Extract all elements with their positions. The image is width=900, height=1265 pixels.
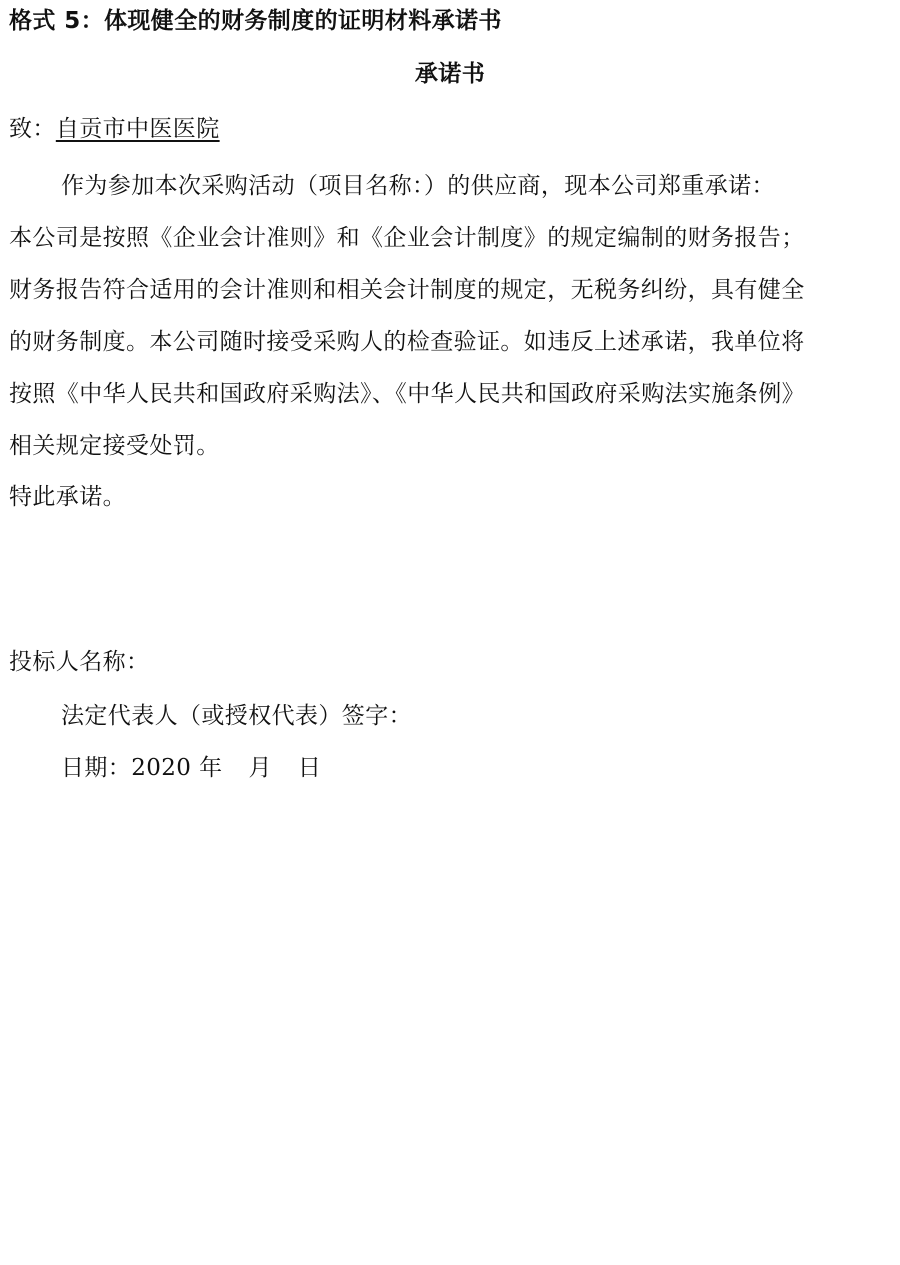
closing-statement: 特此承诺。 — [9, 482, 126, 512]
body-line: 的财务制度。本公司随时接受采购人的检查验证。如违反上述承诺，我单位将 — [9, 327, 805, 357]
addressee-line: 致：自贡市中医医院 — [9, 114, 220, 144]
body-line: 本公司是按照《企业会计准则》和《企业会计制度》的规定编制的财务报告； — [9, 223, 805, 253]
body-line-intro: 作为参加本次采购活动（项目名称：）的供应商，现本公司郑重承诺： — [61, 171, 775, 201]
bidder-name-label: 投标人名称： — [9, 647, 149, 677]
addressee-prefix: 致： — [9, 116, 56, 142]
date-month-unit: 月 — [248, 755, 271, 781]
body-line: 财务报告符合适用的会计准则和相关会计制度的规定，无税务纠纷，具有健全 — [9, 275, 805, 305]
date-year-unit: 年 — [199, 755, 222, 781]
addressee-name: 自贡市中医医院 — [56, 116, 220, 142]
date-label: 日期： — [61, 755, 131, 781]
body-line: 按照《中华人民共和国政府采购法》、《中华人民共和国政府采购法实施条例》 — [9, 379, 805, 409]
date-line: 日期：2020 年月日 — [61, 753, 321, 783]
date-year: 2020 — [131, 755, 191, 781]
body-line: 相关规定接受处罚。 — [9, 431, 220, 461]
document-title: 承诺书 — [0, 59, 900, 89]
representative-signature-label: 法定代表人（或授权代表）签字： — [61, 701, 412, 731]
date-day-unit: 日 — [298, 755, 321, 781]
document-heading: 格式 5：体现健全的财务制度的证明材料承诺书 — [9, 6, 502, 36]
